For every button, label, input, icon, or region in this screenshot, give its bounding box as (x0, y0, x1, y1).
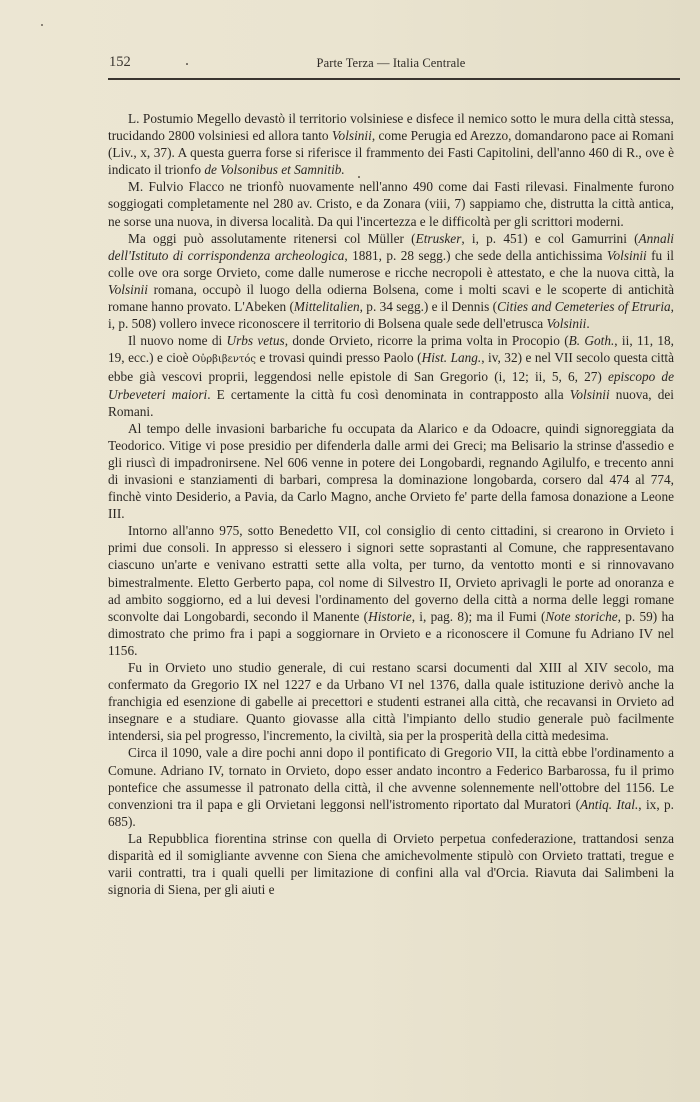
body-text: L. Postumio Megello devastò il territori… (108, 110, 674, 898)
paper-speck (41, 24, 43, 26)
italic-citation: Volsinii (332, 128, 372, 143)
paragraph: L. Postumio Megello devastò il territori… (108, 110, 674, 178)
paragraph: La Repubblica fiorentina strinse con que… (108, 830, 674, 898)
italic-citation: Note storiche (545, 609, 617, 624)
paragraph: Fu in Orvieto uno studio generale, di cu… (108, 659, 674, 744)
paragraph: Ma oggi può assolutamente ritenersi col … (108, 230, 674, 333)
italic-citation: Antiq. Ital. (580, 797, 638, 812)
paragraph: Al tempo delle invasioni barbariche fu o… (108, 420, 674, 523)
italic-citation: Cities and Cemeteries of Etruria (497, 299, 671, 314)
italic-citation: Urbs vetus (226, 333, 284, 348)
italic-citation: Annali dell'Istituto di corrispondenza a… (108, 231, 674, 263)
italic-citation: Historie (368, 609, 412, 624)
italic-citation: Mittelitalien (294, 299, 360, 314)
running-head: 152 Parte Terza — Italia Centrale (108, 52, 674, 74)
paragraph: Intorno all'anno 975, sotto Benedetto VI… (108, 522, 674, 659)
header-rule (108, 78, 680, 80)
greek-word: Οὐρβιβεντός (192, 354, 256, 365)
italic-citation: Volsinii (607, 248, 647, 263)
italic-citation: Volsinii (570, 387, 610, 402)
paragraph: Circa il 1090, vale a dire pochi anni do… (108, 744, 674, 829)
book-page: 152 Parte Terza — Italia Centrale L. Pos… (108, 52, 674, 74)
italic-citation: Volsinii (546, 316, 586, 331)
italic-citation: Volsinii (108, 282, 148, 297)
italic-citation: de Volsonibus et Samnitib. (204, 162, 344, 177)
italic-citation: Etrusker (416, 231, 462, 246)
paragraph: Il nuovo nome di Urbs vetus, donde Orvie… (108, 332, 674, 419)
italic-citation: Hist. Lang. (422, 350, 482, 365)
running-title: Parte Terza — Italia Centrale (108, 56, 674, 71)
paragraph: M. Fulvio Flacco ne trionfò nuovamente n… (108, 178, 674, 229)
italic-citation: B. Goth. (569, 333, 615, 348)
